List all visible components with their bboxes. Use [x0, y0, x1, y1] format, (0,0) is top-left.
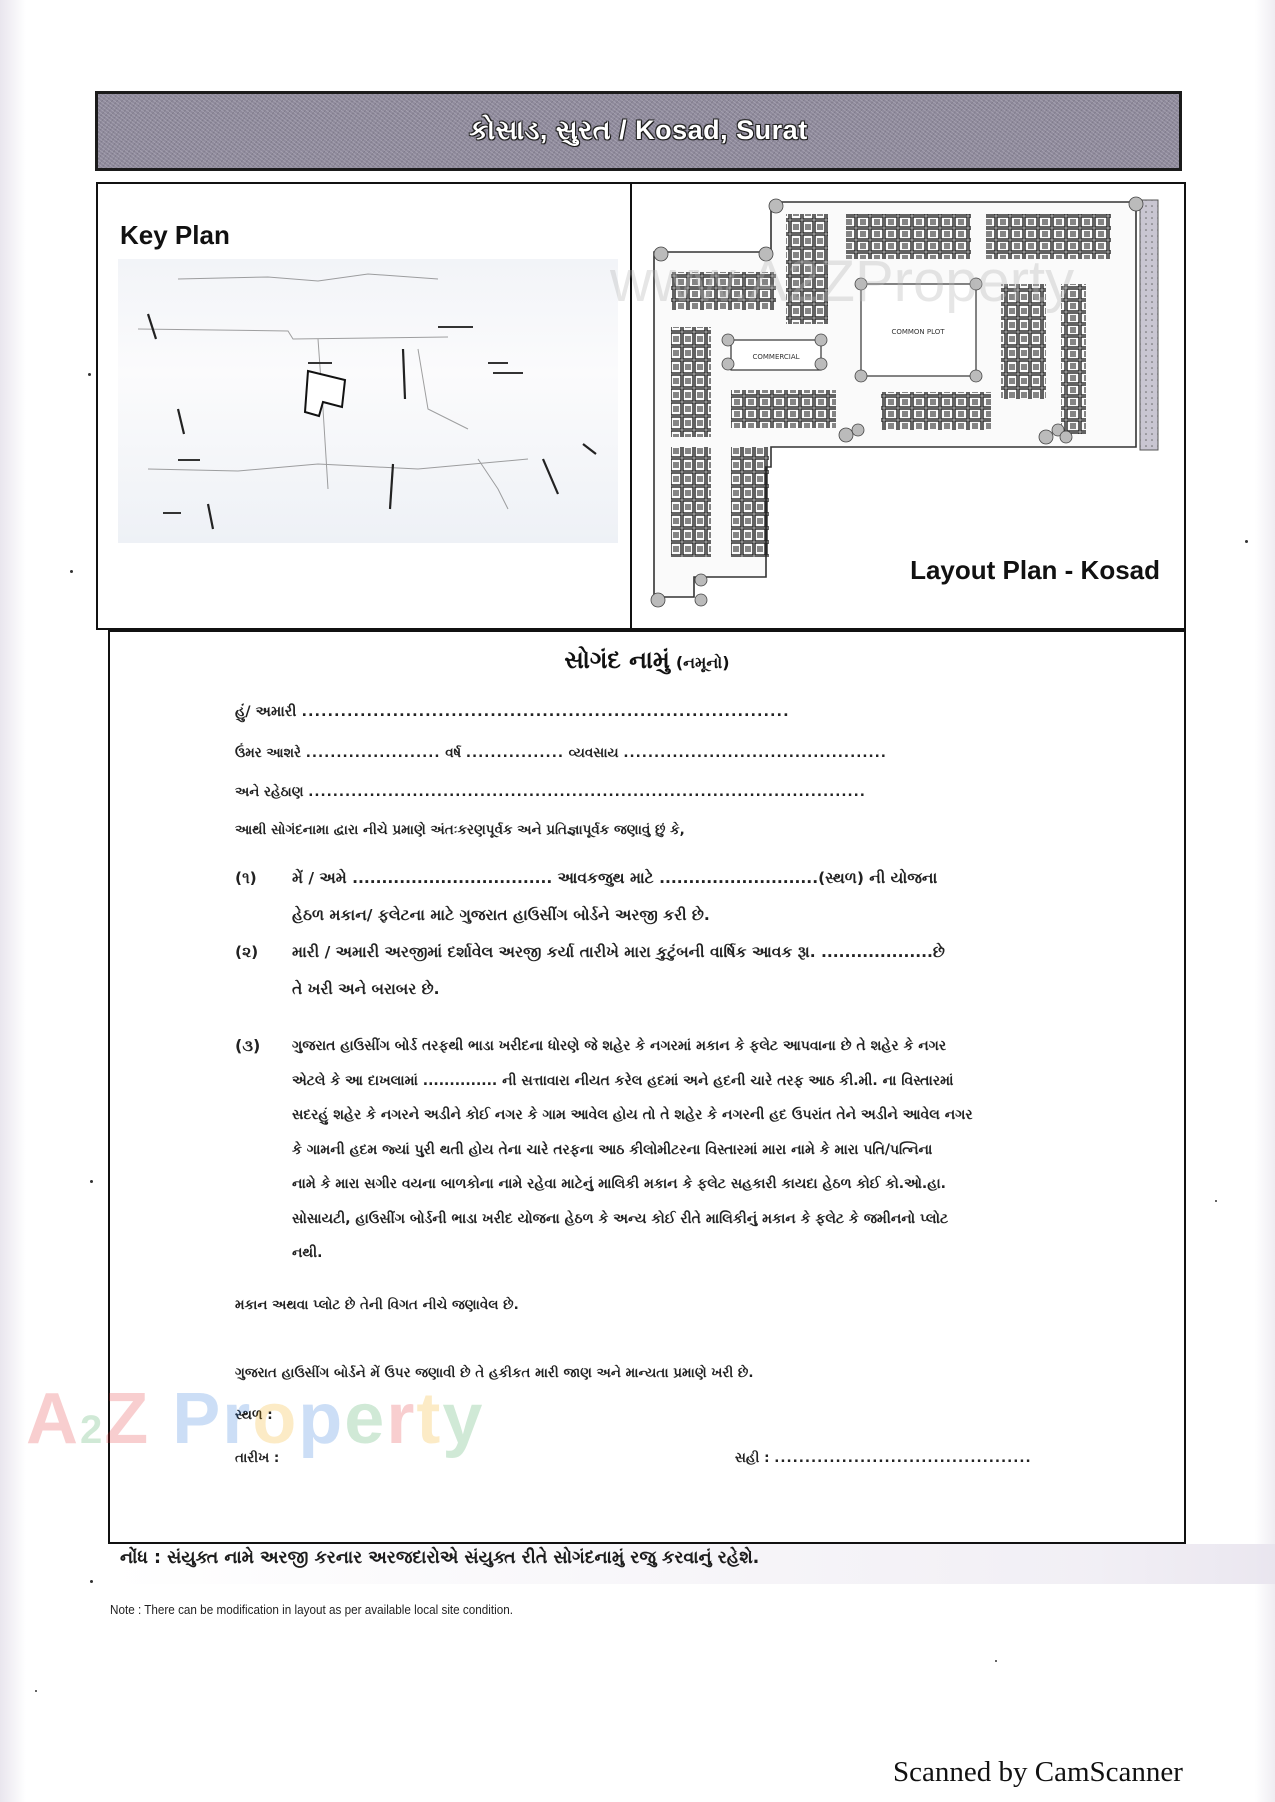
page-title: કોસાડ, સુરત / Kosad, Surat — [469, 115, 807, 147]
age-field[interactable]: ...................... — [306, 745, 441, 761]
clause-2: (૨) મારી / અમારી અરજીમાં દર્શાવેલ અરજી ક… — [235, 934, 1115, 1008]
years-label: વર્ષ — [445, 745, 461, 761]
gujarati-joint-affidavit-note: નોંધ : સંયુક્ત નામે અરજી કરનાર અરજદારોએ … — [120, 1548, 759, 1568]
signature-field[interactable]: ........................................… — [774, 1450, 1031, 1466]
clause-line: સદરહું શહેર કે નગરને અડીને કોઈ નગર કે ગા… — [292, 1098, 1115, 1133]
affidavit-title-sub: (નમૂનો) — [676, 653, 730, 672]
scan-speck — [90, 1580, 93, 1583]
scan-speck — [35, 1690, 37, 1692]
header-banner: કોસાડ, સુરત / Kosad, Surat — [95, 91, 1182, 171]
clause-line: નથી. — [292, 1236, 1115, 1271]
scan-speck — [70, 570, 73, 573]
svg-text:COMMERCIAL: COMMERCIAL — [752, 353, 799, 361]
affidavit-title-text: સોગંદ નામું — [564, 646, 669, 674]
clause-line: મેં / અમે ..............................… — [292, 860, 1115, 897]
name-row: હું/ અમારી .............................… — [235, 704, 790, 720]
residence-field[interactable]: ........................................… — [308, 784, 866, 800]
layout-plan-label: Layout Plan - Kosad — [910, 555, 1160, 586]
scan-speck — [88, 373, 91, 376]
key-plan-label: Key Plan — [120, 220, 230, 251]
clause-line: ગુજરાત હાઉસીંગ બોર્ડ તરફથી ભાડા ખરીદના ધ… — [292, 1029, 1115, 1064]
residence-label: અને રહેઠાણ — [235, 784, 304, 800]
name-label: હું/ અમારી — [235, 704, 296, 720]
clause-number: (૩) — [235, 1029, 260, 1064]
scan-speck — [995, 1660, 997, 1662]
clause-line: હેઠળ મકાન/ ફલેટના માટે ગુજરાત હાઉસીંગ બો… — [292, 897, 1115, 934]
affidavit-title: સોગંદ નામું(નમૂનો) — [110, 646, 1184, 674]
svg-text:COMMON PLOT: COMMON PLOT — [891, 328, 945, 336]
clause-line: એટલે કે આ દાખલામાં .............. ની સત્… — [292, 1064, 1115, 1099]
scan-speck — [1245, 540, 1248, 543]
clause-line: સોસાયટી, હાઉસીંગ બોર્ડની ભાડા ખરીદ યોજના… — [292, 1202, 1115, 1237]
affidavit-intro: આથી સોગંદનામા દ્વારા નીચે પ્રમાણે અંતઃકર… — [235, 822, 685, 838]
clause-3: (૩) ગુજરાત હાઉસીંગ બોર્ડ તરફથી ભાડા ખરીદ… — [235, 1029, 1115, 1271]
clause-line: મારી / અમારી અરજીમાં દર્શાવેલ અરજી કર્યા… — [292, 934, 1115, 971]
years-field[interactable]: ................ — [466, 745, 564, 761]
occupation-field[interactable]: ........................................… — [623, 745, 887, 761]
clause-line: તે ખરી અને બરાબર છે. — [292, 971, 1115, 1008]
signature-label: સહી : — [735, 1450, 770, 1466]
clause-1: (૧) મેં / અમે ..........................… — [235, 860, 1115, 934]
english-layout-note: Note : There can be modification in layo… — [110, 1602, 513, 1617]
camscanner-footer: Scanned by CamScanner — [893, 1756, 1183, 1789]
clause-line: નામે કે મારા સગીર વયના બાળકોના નામે રહેવ… — [292, 1167, 1115, 1202]
clause-number: (૨) — [235, 934, 285, 971]
key-plan-map-image — [118, 259, 618, 543]
clause-number: (૧) — [235, 860, 285, 897]
layout-watermark-text: www.A2ZProperty — [610, 248, 1074, 315]
scan-speck — [1215, 1200, 1217, 1202]
residence-row: અને રહેઠાણ .............................… — [235, 784, 866, 800]
a2z-property-watermark: A2Z Property — [26, 1378, 484, 1460]
property-details-text: મકાન અથવા પ્લોટ છે તેની વિગત નીચે જણાવેલ… — [235, 1297, 519, 1313]
scan-speck — [90, 1180, 93, 1183]
page-edge-shadow-left — [0, 0, 26, 1802]
name-field[interactable]: ........................................… — [301, 704, 789, 720]
signature-row: સહી : ..................................… — [735, 1450, 1032, 1466]
clause-line: કે ગામની હદમ જ્યાં પુરી થતી હોય તેના ચાર… — [292, 1133, 1115, 1168]
age-label: ઉંમર આશરે — [235, 745, 301, 761]
key-plan-map-icon — [118, 259, 618, 543]
page-edge-shadow-right — [1255, 0, 1275, 1802]
age-occupation-row: ઉંમર આશરે ...................... વર્ષ ..… — [235, 745, 887, 761]
key-plan-panel: Key Plan — [98, 184, 632, 628]
occupation-label: વ્યવસાય — [569, 745, 619, 761]
